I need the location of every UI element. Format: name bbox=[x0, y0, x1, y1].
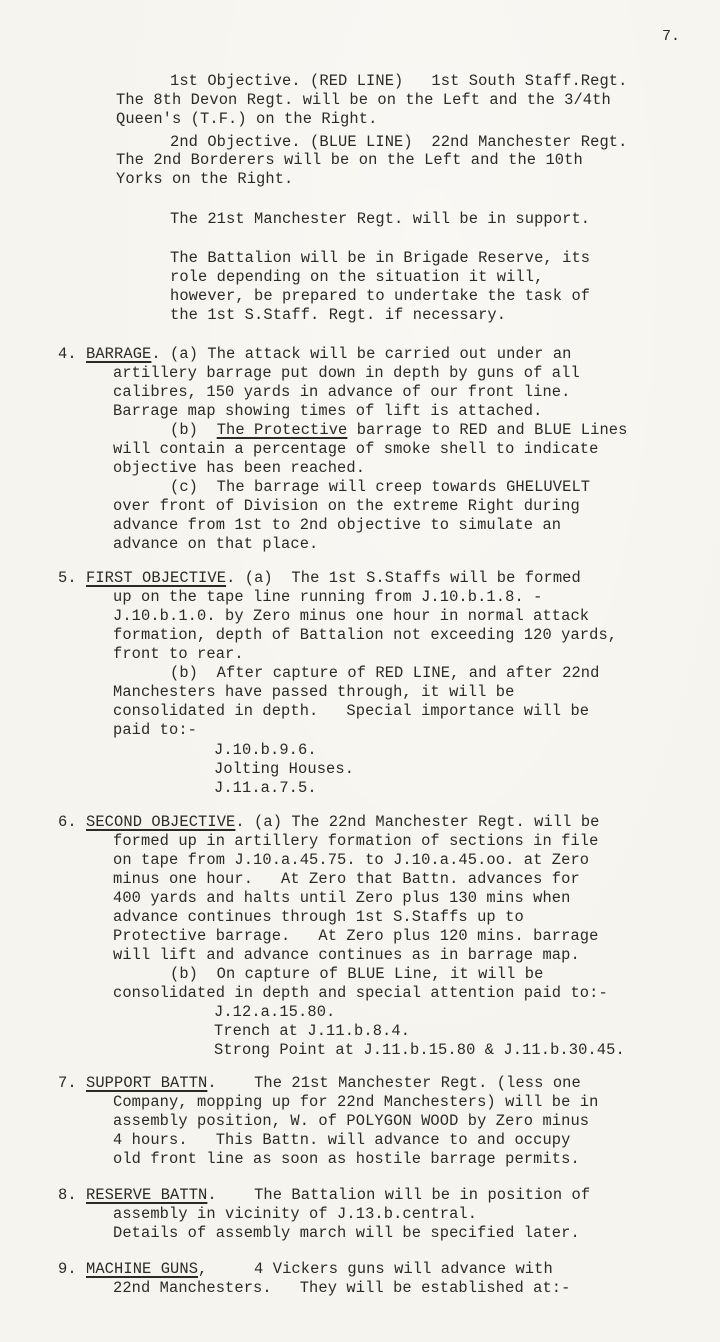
section-text: Barrage map showing times of lift is att… bbox=[113, 402, 542, 420]
objective-2-text: Yorks on the Right. bbox=[116, 170, 293, 188]
section-4: 4. BARRAGE. (a) The attack will be carri… bbox=[58, 345, 572, 363]
section-heading: SUPPORT BATTN bbox=[86, 1074, 207, 1092]
section-heading: FIRST OBJECTIVE bbox=[86, 569, 226, 587]
section-text: Details of assembly march will be specif… bbox=[113, 1224, 580, 1242]
section-heading: SECOND OBJECTIVE bbox=[86, 813, 235, 831]
section-8: 8. RESERVE BATTN. The Battalion will be … bbox=[58, 1186, 590, 1204]
reserve-paragraph: however, be prepared to undertake the ta… bbox=[170, 287, 590, 305]
section-number: 5. bbox=[58, 569, 77, 587]
reserve-paragraph: The Battalion will be in Brigade Reserve… bbox=[170, 249, 590, 267]
section-6: 6. SECOND OBJECTIVE. (a) The 22nd Manche… bbox=[58, 813, 600, 831]
section-text: formation, depth of Battalion not exceed… bbox=[113, 626, 617, 644]
section-text: 22nd Manchesters. They will be establish… bbox=[113, 1279, 570, 1297]
section-text: (c) The barrage will creep towards GHELU… bbox=[170, 478, 590, 496]
section-text: . (a) The attack will be carried out und… bbox=[151, 345, 571, 363]
section-text: . (a) The 22nd Manchester Regt. will be bbox=[235, 813, 599, 831]
section-text: . The Battalion will be in position of bbox=[207, 1186, 590, 1204]
section-text: 4 hours. This Battn. will advance to and… bbox=[113, 1131, 570, 1149]
subsection-label: (b) bbox=[170, 421, 217, 439]
reserve-paragraph: the 1st S.Staff. Regt. if necessary. bbox=[170, 306, 506, 324]
section-text: advance continues through 1st S.Staffs u… bbox=[113, 908, 524, 926]
section-text: calibres, 150 yards in advance of our fr… bbox=[113, 383, 570, 401]
section-text: assembly in vicinity of J.13.b.central. bbox=[113, 1205, 477, 1223]
section-number: 6. bbox=[58, 813, 77, 831]
section-text: will lift and advance continues as in ba… bbox=[113, 946, 580, 964]
map-reference: J.10.b.9.6. bbox=[214, 741, 317, 759]
section-text: , 4 Vickers guns will advance with bbox=[198, 1260, 553, 1278]
map-reference: J.11.a.7.5. bbox=[214, 779, 317, 797]
section-text: (b) After capture of RED LINE, and after… bbox=[170, 664, 599, 682]
objective-2-text: The 2nd Borderers will be on the Left an… bbox=[116, 151, 583, 169]
section-heading: MACHINE GUNS bbox=[86, 1260, 198, 1278]
section-text: 400 yards and halts until Zero plus 130 … bbox=[113, 889, 570, 907]
section-text: barrage to RED and BLUE Lines bbox=[347, 421, 627, 439]
objective-1-line: 1st Objective. (RED LINE) 1st South Staf… bbox=[170, 72, 627, 90]
section-heading: BARRAGE bbox=[86, 345, 151, 363]
map-reference: Trench at J.11.b.8.4. bbox=[214, 1022, 410, 1040]
section-text: advance from 1st to 2nd objective to sim… bbox=[113, 516, 561, 534]
support-statement: The 21st Manchester Regt. will be in sup… bbox=[170, 210, 590, 228]
section-4b: (b) The Protective barrage to RED and BL… bbox=[170, 421, 627, 439]
section-number: 4. bbox=[58, 345, 77, 363]
map-reference: J.12.a.15.80. bbox=[214, 1003, 335, 1021]
section-text: up on the tape line running from J.10.b.… bbox=[113, 588, 542, 606]
section-text: paid to:- bbox=[113, 721, 197, 739]
section-text: minus one hour. At Zero that Battn. adva… bbox=[113, 870, 580, 888]
section-text: old front line as soon as hostile barrag… bbox=[113, 1150, 580, 1168]
objective-2-line: 2nd Objective. (BLUE LINE) 22nd Manchest… bbox=[170, 133, 627, 151]
section-text: consolidated in depth. Special importanc… bbox=[113, 702, 589, 720]
section-text: artillery barrage put down in depth by g… bbox=[113, 364, 580, 382]
reserve-paragraph: role depending on the situation it will, bbox=[170, 268, 543, 286]
section-text: Manchesters have passed through, it will… bbox=[113, 683, 514, 701]
section-text: Protective barrage. At Zero plus 120 min… bbox=[113, 927, 598, 945]
section-text: assembly position, W. of POLYGON WOOD by… bbox=[113, 1112, 589, 1130]
page-number: 7. bbox=[662, 28, 680, 45]
section-text: objective has been reached. bbox=[113, 459, 365, 477]
section-9: 9. MACHINE GUNS, 4 Vickers guns will adv… bbox=[58, 1260, 553, 1278]
section-text: (b) On capture of BLUE Line, it will be bbox=[170, 965, 543, 983]
map-reference: Strong Point at J.11.b.15.80 & J.11.b.30… bbox=[214, 1041, 625, 1059]
section-5: 5. FIRST OBJECTIVE. (a) The 1st S.Staffs… bbox=[58, 569, 581, 587]
objective-1-text: The 8th Devon Regt. will be on the Left … bbox=[116, 91, 611, 109]
section-text: . (a) The 1st S.Staffs will be formed bbox=[226, 569, 581, 587]
section-text: over front of Division on the extreme Ri… bbox=[113, 497, 580, 515]
section-text: front to rear. bbox=[113, 645, 244, 663]
section-text: J.10.b.1.0. by Zero minus one hour in no… bbox=[113, 607, 589, 625]
section-7: 7. SUPPORT BATTN. The 21st Manchester Re… bbox=[58, 1074, 581, 1092]
section-text: consolidated in depth and special attent… bbox=[113, 984, 608, 1002]
section-text: formed up in artillery formation of sect… bbox=[113, 832, 598, 850]
objective-1-text: Queen's (T.F.) on the Right. bbox=[116, 110, 377, 128]
map-reference: Jolting Houses. bbox=[214, 760, 354, 778]
underlined-phrase: The Protective bbox=[217, 421, 348, 439]
section-text: . The 21st Manchester Regt. (less one bbox=[207, 1074, 580, 1092]
section-text: on tape from J.10.a.45.75. to J.10.a.45.… bbox=[113, 851, 589, 869]
section-number: 9. bbox=[58, 1260, 77, 1278]
section-number: 8. bbox=[58, 1186, 77, 1204]
section-text: will contain a percentage of smoke shell… bbox=[113, 440, 598, 458]
document-page: 7. 1st Objective. (RED LINE) 1st South S… bbox=[0, 0, 720, 1342]
section-text: advance on that place. bbox=[113, 535, 318, 553]
section-heading: RESERVE BATTN bbox=[86, 1186, 207, 1204]
section-number: 7. bbox=[58, 1074, 77, 1092]
section-text: Company, mopping up for 22nd Manchesters… bbox=[113, 1093, 598, 1111]
